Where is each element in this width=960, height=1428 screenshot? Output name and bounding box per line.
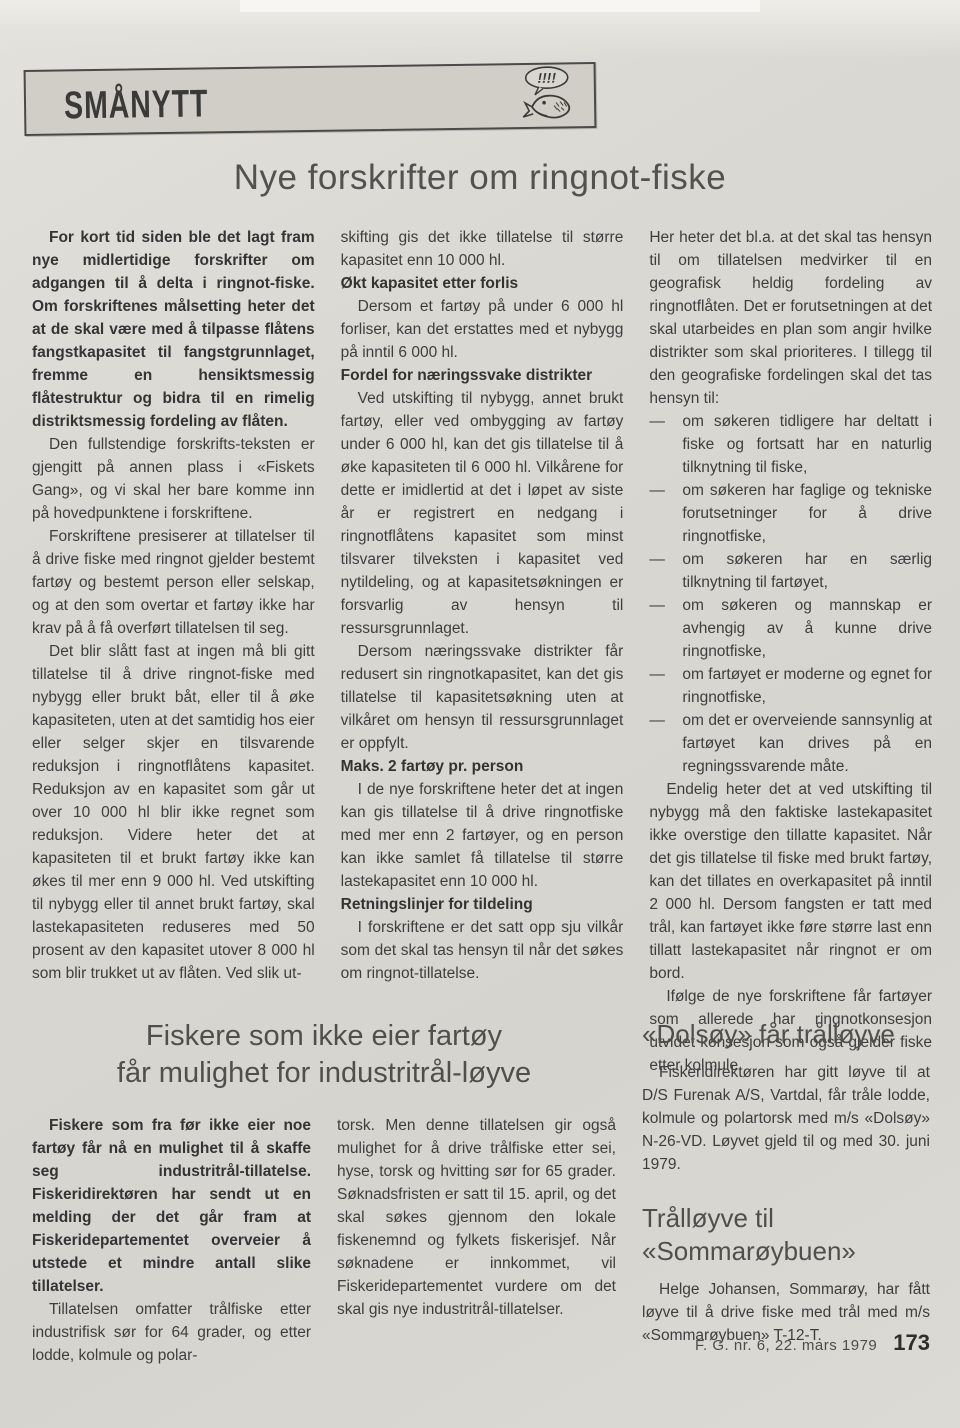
headline-line-1: Trålløyve til — [642, 1202, 930, 1235]
headline-line-2: får mulighet for industritrål-løyve — [32, 1055, 616, 1092]
paragraph: Endelig heter det at ved utskifting til … — [649, 778, 932, 985]
column-2: torsk. Men denne tillatelsen gir også mu… — [337, 1114, 616, 1367]
subheading: Maks. 2 fartøy pr. person — [341, 755, 624, 778]
paragraph: skifting gis det ikke tillatelse til stø… — [341, 226, 624, 272]
list-item: — om det er overveiende sannsynlig at fa… — [649, 709, 932, 778]
column-3: Her heter det bl.a. at det skal tas hens… — [649, 226, 932, 1077]
paragraph: Ved utskifting til nybygg, annet brukt f… — [341, 387, 624, 640]
dash-marker: — — [649, 410, 665, 433]
paragraph: torsk. Men denne tillatelsen gir også mu… — [337, 1114, 616, 1321]
list-item: — om søkeren tidligere har deltatt i fis… — [649, 410, 932, 479]
list-item: — om søkeren og mannskap er avhengig av … — [649, 594, 932, 663]
paragraph: Fiskeridirektøren har gitt løyve til at … — [642, 1061, 930, 1176]
paragraph: Dersom et fartøy på under 6 000 hl forli… — [341, 295, 624, 364]
scan-white-strip — [240, 0, 760, 12]
column-1: For kort tid siden ble det lagt fram nye… — [32, 226, 315, 1077]
list-item-text: om det er overveiende sannsynlig at fart… — [682, 712, 932, 775]
dash-marker: — — [649, 594, 665, 617]
subheading: Retningslinjer for tildeling — [341, 893, 624, 916]
subheading: Fordel for næringssvake distrikter — [341, 364, 624, 387]
industry-trawl-article: Fiskere som ikke eier fartøy får mulighe… — [32, 1018, 616, 1367]
smanytt-masthead-box: SMÅNYTT !!!! — [24, 62, 597, 136]
paragraph: Den fullstendige forskrifts-teksten er g… — [32, 433, 315, 525]
list-item: — om fartøyet er moderne og egnet for ri… — [649, 663, 932, 709]
list-item: — om søkeren har faglige og tekniske for… — [649, 479, 932, 548]
sommaroybuen-article: Trålløyve til «Sommarøybuen» Helge Johan… — [642, 1202, 930, 1347]
paragraph: I forskriftene er det satt opp sju vilkå… — [341, 916, 624, 985]
paragraph: Dersom næringssvake distrikter får redus… — [341, 640, 624, 755]
subheading: Økt kapasitet etter forlis — [341, 272, 624, 295]
paragraph: Her heter det bl.a. at det skal tas hens… — [649, 226, 932, 410]
bubble-exclamations: !!!! — [537, 70, 556, 86]
list-item-text: om søkeren tidligere har deltatt i fiske… — [682, 413, 932, 476]
issue-line: F. G. nr. 6, 22. mars 1979 — [695, 1337, 877, 1354]
dolsoy-article: «Dolsøy» får trålløyve Fiskeridirektøren… — [642, 1018, 930, 1176]
article-columns: Fiskere som fra før ikke eier noe fartøy… — [32, 1114, 616, 1367]
dash-marker: — — [649, 548, 665, 571]
list-item-text: om søkeren har faglige og tekniske forut… — [682, 482, 932, 545]
smanytt-label: SMÅNYTT — [64, 81, 209, 128]
paragraph: Tillatelsen omfatter trålfiske etter ind… — [32, 1298, 311, 1367]
page-number: 173 — [893, 1330, 930, 1356]
short-news-column: «Dolsøy» får trålløyve Fiskeridirektøren… — [642, 1018, 930, 1347]
fish-speech-bubble-icon: !!!! — [510, 64, 581, 136]
lead-paragraph: Fiskere som fra før ikke eier noe fartøy… — [32, 1114, 311, 1298]
fish-icon: !!!! — [510, 64, 581, 131]
list-item-text: om fartøyet er moderne og egnet for ring… — [682, 666, 932, 706]
column-2: skifting gis det ikke tillatelse til stø… — [341, 226, 624, 1077]
article-columns: For kort tid siden ble det lagt fram nye… — [32, 226, 932, 1077]
paragraph: I de nye forskriftene heter det at ingen… — [341, 778, 624, 893]
list-item: — om søkeren har en særlig tilknytning t… — [649, 548, 932, 594]
dash-marker: — — [649, 479, 665, 502]
list-item-text: om søkeren og mannskap er avhengig av å … — [682, 597, 932, 660]
lead-paragraph: For kort tid siden ble det lagt fram nye… — [32, 226, 315, 433]
headline-line-1: Fiskere som ikke eier fartøy — [32, 1018, 616, 1055]
page-footer: F. G. nr. 6, 22. mars 1979 173 — [642, 1330, 930, 1356]
article-headline: Fiskere som ikke eier fartøy får mulighe… — [32, 1018, 616, 1092]
list-item-text: om søkeren har en særlig tilknytning til… — [682, 551, 932, 591]
dash-marker: — — [649, 709, 665, 732]
paragraph: Forskriftene presiserer at tillatelser t… — [32, 525, 315, 640]
news-headline: «Dolsøy» får trålløyve — [642, 1018, 930, 1051]
dash-marker: — — [649, 663, 665, 686]
headline-line-2: «Sommarøybuen» — [642, 1235, 930, 1268]
scanned-journal-page: SMÅNYTT !!!! Nye forskrifter om ringnot-… — [0, 0, 960, 1428]
column-1: Fiskere som fra før ikke eier noe fartøy… — [32, 1114, 311, 1367]
news-headline: Trålløyve til «Sommarøybuen» — [642, 1202, 930, 1268]
paragraph: Det blir slått fast at ingen må bli gitt… — [32, 640, 315, 985]
article-headline: Nye forskrifter om ringnot-fiske — [0, 158, 960, 198]
